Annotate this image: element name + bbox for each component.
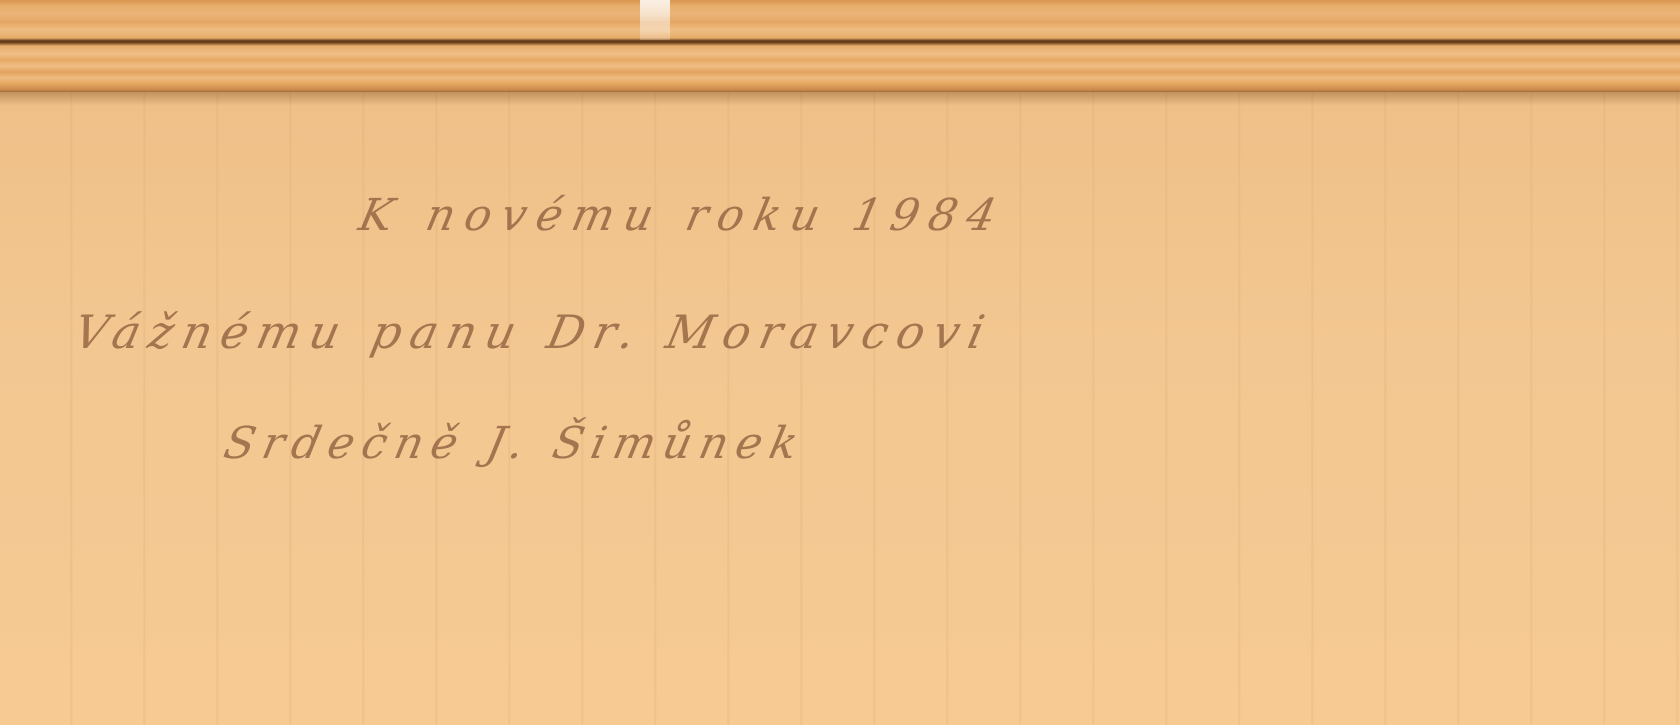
paper-backing bbox=[0, 92, 1680, 725]
inscription-line-1: K novému roku 1984 bbox=[355, 190, 1011, 241]
wooden-frame-strip bbox=[0, 0, 1680, 92]
inscription-line-3: Srdečně J. Šimůnek bbox=[220, 418, 811, 469]
frame-shadow bbox=[0, 92, 1680, 106]
inscription-line-2: Vážnému panu Dr. Moravcovi bbox=[69, 305, 998, 359]
